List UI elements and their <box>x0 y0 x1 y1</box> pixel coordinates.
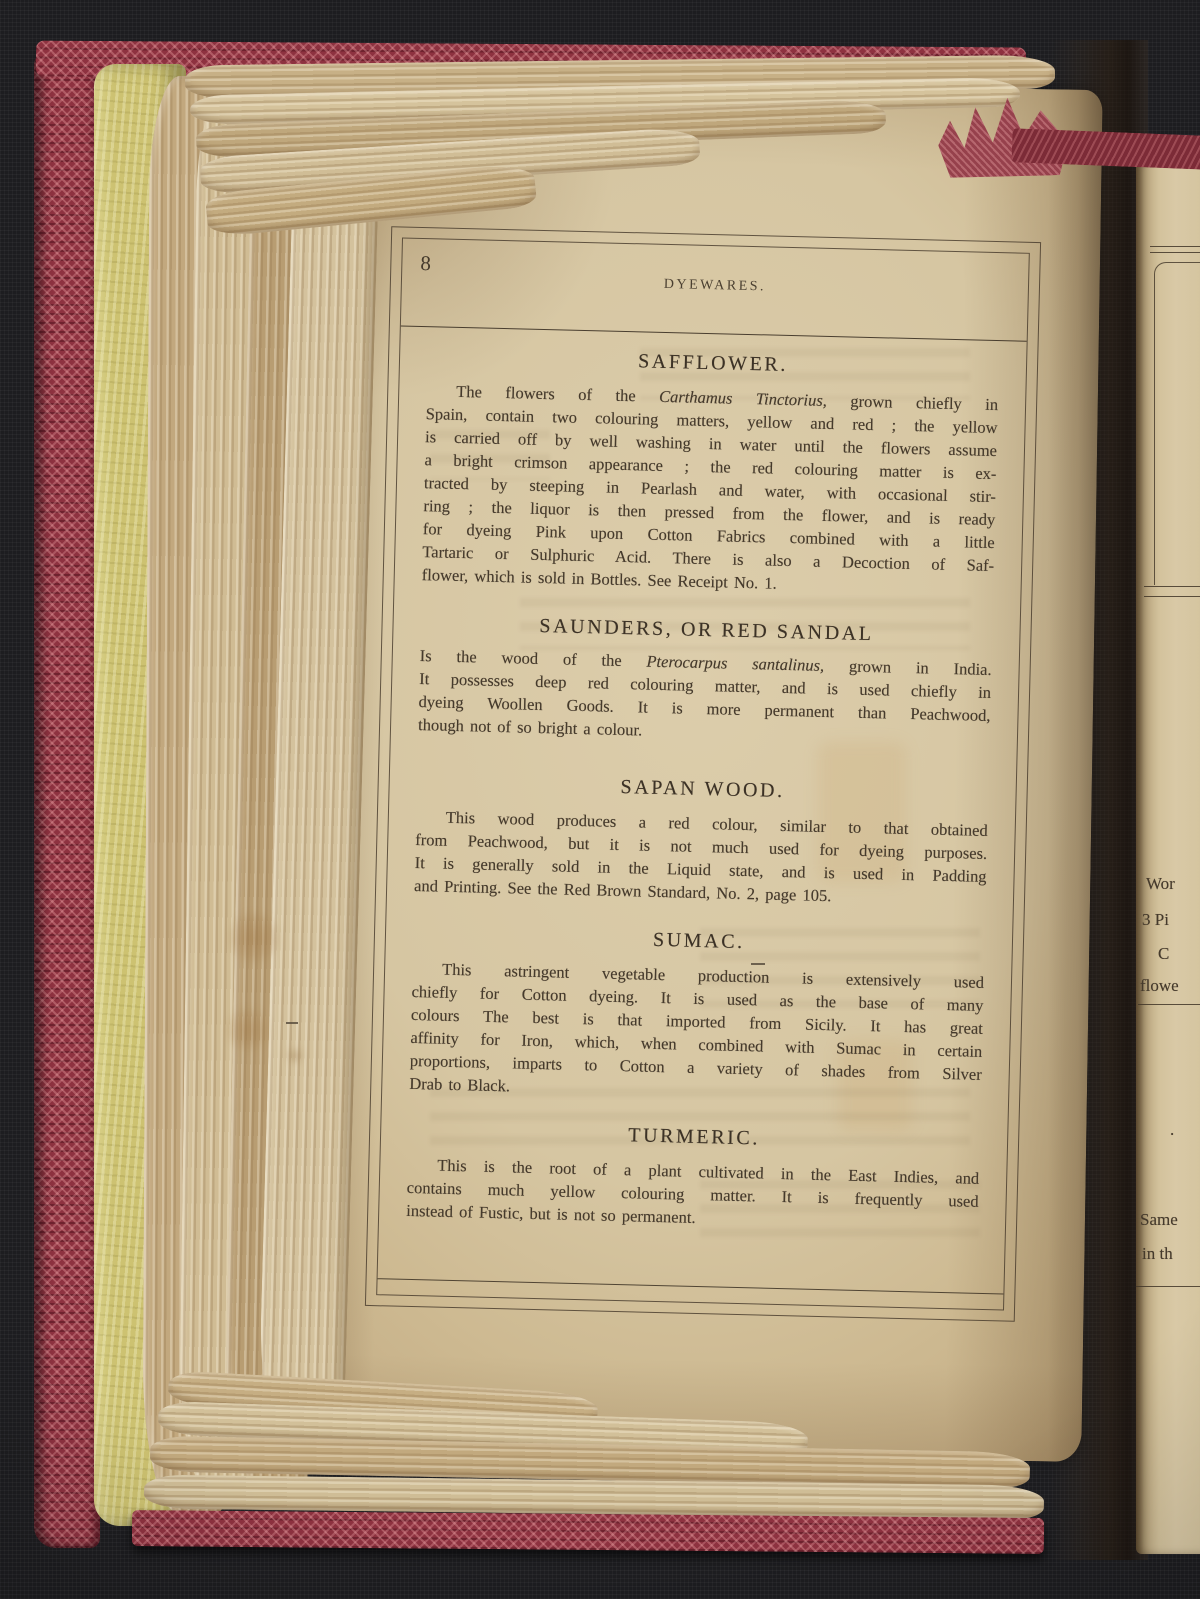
facing-page-text-fragment: Same <box>1140 1210 1178 1230</box>
section-paragraph: Is the wood of the Pterocarpus santalinu… <box>418 644 992 750</box>
print-artifact <box>286 1022 298 1024</box>
stain <box>226 1008 270 1052</box>
section-heading: SAUNDERS, OR RED SANDAL <box>420 612 992 649</box>
facing-page-rule <box>1136 1286 1200 1287</box>
section-paragraph: This is the root of a plant cultivated i… <box>406 1153 980 1236</box>
facing-page-rule <box>1150 252 1200 253</box>
facing-page-rule <box>1138 1004 1200 1005</box>
facing-page-text-fragment: C <box>1158 944 1169 964</box>
facing-page-frame-corner <box>1154 262 1200 585</box>
sections: SAFFLOWER.The flowers of the Carthamus T… <box>405 326 1000 1279</box>
section-heading: SAPAN WOOD. <box>416 771 988 808</box>
inner-rule-box: 8 DYEWARES. SAFFLOWER.The flowers of the… <box>376 237 1030 1310</box>
section-saunders-or-red-sandal: SAUNDERS, OR RED SANDALIs the wood of th… <box>418 612 993 750</box>
facing-page-rule <box>1150 246 1200 247</box>
book-photograph: 8 DYEWARES. SAFFLOWER.The flowers of the… <box>0 0 1200 1599</box>
book-cover-left-edge <box>34 48 100 1548</box>
section-heading: TURMERIC. <box>408 1119 980 1156</box>
footer-rule <box>378 1278 1004 1294</box>
facing-page-text-fragment: 3 Pi <box>1142 910 1169 930</box>
section-safflower: SAFFLOWER.The flowers of the Carthamus T… <box>422 345 1000 600</box>
section-heading: SUMAC. <box>413 923 985 960</box>
facing-page: Wor3 PiCflowe.Samein th <box>1136 158 1200 1554</box>
section-heading: SAFFLOWER. <box>427 345 999 382</box>
facing-page-text-fragment: flowe <box>1140 976 1179 996</box>
printed-page-frame: 8 DYEWARES. SAFFLOWER.The flowers of the… <box>365 226 1041 1322</box>
facing-page-text-fragment: Wor <box>1146 874 1175 894</box>
stain <box>228 912 280 964</box>
section-turmeric: TURMERIC.This is the root of a plant cul… <box>406 1119 980 1236</box>
gutter-shadow <box>1048 40 1148 1560</box>
section-paragraph: The flowers of the Carthamus Tinctorius,… <box>422 379 999 600</box>
stain <box>286 1048 304 1064</box>
section-sumac: SUMAC.This astringent vegetable producti… <box>409 923 985 1109</box>
facing-page-text-fragment: in th <box>1142 1244 1173 1264</box>
book-cover-bottom-edge <box>132 1510 1044 1554</box>
page-header: 8 DYEWARES. <box>401 239 1029 342</box>
section-paragraph: This wood produces a red colour, similar… <box>414 805 988 911</box>
facing-page-rule <box>1144 596 1200 597</box>
section-paragraph: This astringent vegetable production is … <box>409 957 984 1109</box>
facing-page-text-fragment: . <box>1170 1120 1174 1140</box>
running-header: DYEWARES. <box>402 271 1028 302</box>
facing-page-rule <box>1144 586 1200 587</box>
section-sapan-wood: SAPAN WOOD.This wood produces a red colo… <box>414 771 989 911</box>
